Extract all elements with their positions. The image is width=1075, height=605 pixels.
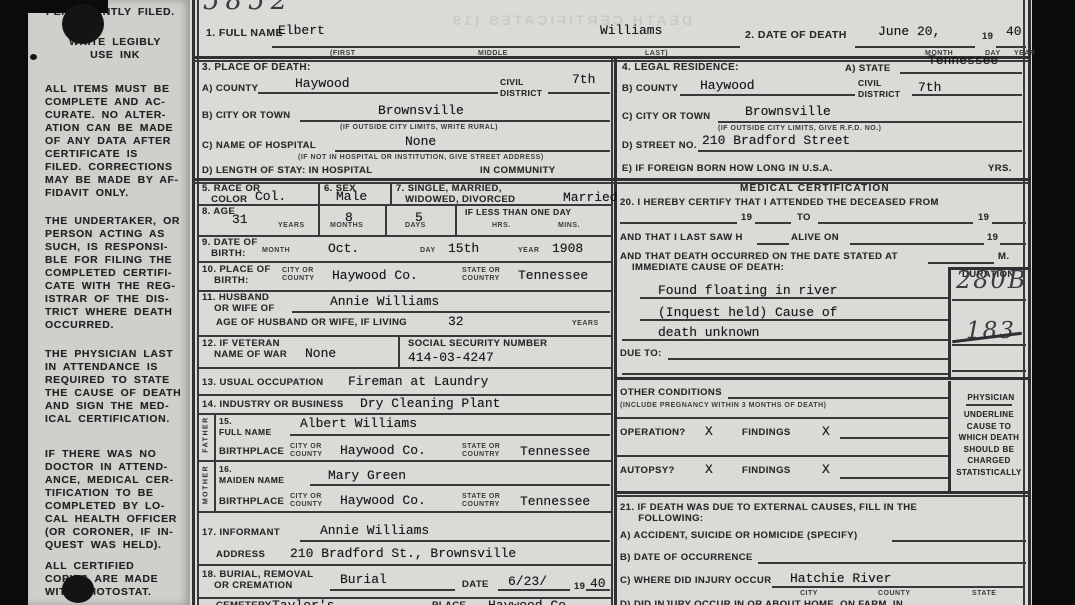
row-divider bbox=[197, 460, 612, 462]
rule bbox=[840, 437, 948, 439]
mother-bp-state-label: STATE OR COUNTRY bbox=[462, 493, 500, 509]
sidebar-note: THE PHYSICIAN LAST IN ATTENDANCE IS REQU… bbox=[45, 348, 190, 426]
pob-state-value: Tennessee bbox=[518, 268, 588, 283]
father-side-label: FATHER bbox=[203, 407, 210, 463]
form-border bbox=[197, 0, 199, 605]
injury-where-value: Hatchie River bbox=[790, 571, 891, 586]
burial-label: 18. BURIAL, REMOVAL OR CREMATION bbox=[202, 570, 313, 591]
row-divider bbox=[197, 235, 612, 237]
rule bbox=[310, 484, 610, 486]
sex-value: Male bbox=[336, 189, 367, 204]
burial-date-value: 6/23/ bbox=[508, 574, 547, 589]
physician-box-border bbox=[948, 381, 951, 491]
res-county-label: B) COUNTY bbox=[622, 84, 678, 95]
rule bbox=[498, 589, 570, 591]
father-bp-state-value: Tennessee bbox=[520, 444, 590, 459]
printed-19: 19 bbox=[982, 32, 993, 43]
mother-birthplace-label: BIRTHPLACE bbox=[219, 497, 284, 508]
cell-divider bbox=[318, 204, 320, 235]
foreign-born-label: E) IF FOREIGN BORN HOW LONG IN U.S.A. bbox=[622, 164, 833, 175]
rule bbox=[680, 94, 855, 96]
rule bbox=[292, 311, 610, 313]
rule bbox=[966, 404, 1012, 406]
injury-sub-city: CITY bbox=[800, 590, 818, 598]
yrs-label: YRS. bbox=[988, 164, 1012, 175]
sidebar-note: THE UNDERTAKER, OR PERSON ACTING AS SUCH… bbox=[45, 215, 190, 332]
certify-19c: 19 bbox=[987, 233, 998, 244]
certify-19a: 19 bbox=[741, 213, 752, 224]
rule bbox=[620, 222, 737, 224]
rule bbox=[300, 540, 610, 542]
rule bbox=[952, 299, 1026, 301]
injury-sub-county: COUNTY bbox=[878, 590, 911, 598]
rule bbox=[758, 562, 1026, 564]
cell-divider bbox=[390, 182, 392, 204]
age-days-value: 5 bbox=[415, 210, 423, 225]
hole-punch-blob-top bbox=[62, 4, 104, 44]
row-divider bbox=[197, 511, 612, 513]
other-conditions-sub: (INCLUDE PREGNANCY WITHIN 3 MONTHS OF DE… bbox=[620, 402, 826, 410]
rule bbox=[622, 373, 948, 375]
marital-label: 7. SINGLE, MARRIED, WIDOWED, DIVORCED bbox=[396, 184, 515, 205]
rule bbox=[330, 589, 455, 591]
rule bbox=[855, 46, 975, 48]
sub-last: LAST) bbox=[645, 50, 668, 58]
row-divider bbox=[197, 367, 612, 369]
city-or-town-label: B) CITY OR TOWN bbox=[202, 111, 291, 122]
pob-label: 10. PLACE OF BIRTH: bbox=[202, 265, 271, 286]
external-causes-title: 21. IF DEATH WAS DUE TO EXTERNAL CAUSES,… bbox=[620, 503, 917, 524]
father-name-value: Albert Williams bbox=[300, 416, 417, 431]
burial-year: 40 bbox=[590, 576, 606, 591]
rule bbox=[928, 262, 994, 264]
rule bbox=[616, 455, 948, 457]
spouse-age-value: 32 bbox=[448, 314, 464, 329]
father-birthplace-label: BIRTHPLACE bbox=[219, 447, 284, 458]
age-label: 8. AGE bbox=[202, 207, 235, 218]
hrs-label: HRS. bbox=[492, 222, 511, 230]
veteran-value: None bbox=[305, 346, 336, 361]
rule bbox=[548, 92, 610, 94]
hospital-value: None bbox=[405, 134, 436, 149]
hospital-sub-label: (IF NOT IN HOSPITAL OR INSTITUTION, GIVE… bbox=[298, 154, 544, 162]
rule bbox=[728, 397, 948, 399]
dob-month-value: Oct. bbox=[328, 241, 359, 256]
hole-punch-blob-bottom bbox=[62, 575, 94, 603]
race-value: Col. bbox=[255, 189, 286, 204]
less-than-day-label: IF LESS THAN ONE DAY bbox=[465, 207, 571, 218]
column-divider bbox=[614, 57, 617, 605]
operation-findings-x: X bbox=[822, 424, 830, 439]
date-of-death-year: 40 bbox=[1006, 24, 1022, 39]
certify-line2: AND THAT I LAST SAW H bbox=[620, 233, 743, 244]
full-name-first-value: Elbert bbox=[278, 23, 325, 38]
injury-where-label: C) WHERE DID INJURY OCCUR bbox=[620, 576, 771, 587]
cell-divider bbox=[398, 335, 400, 367]
sub-middle: MIDDLE bbox=[478, 50, 508, 58]
spouse-age-label: AGE OF HUSBAND OR WIFE, IF LIVING bbox=[216, 318, 407, 329]
mother-bp-city-label: CITY OR COUNTY bbox=[290, 493, 323, 509]
section-divider bbox=[616, 495, 1029, 497]
pob-city-label: CITY OR COUNTY bbox=[282, 267, 315, 283]
section-divider bbox=[192, 178, 1029, 181]
medical-certification-header: MEDICAL CERTIFICATION bbox=[740, 184, 890, 195]
rule bbox=[850, 243, 984, 245]
county-value: Haywood bbox=[295, 76, 350, 91]
rule bbox=[992, 222, 1026, 224]
hospital-label: C) NAME OF HOSPITAL bbox=[202, 141, 316, 152]
res-civil-district-label: CIVIL DISTRICT bbox=[858, 78, 900, 99]
pob-city-value: Haywood Co. bbox=[332, 268, 418, 283]
row-divider bbox=[197, 335, 612, 337]
informant-label: 17. INFORMANT bbox=[202, 528, 280, 539]
industry-label: 14. INDUSTRY OR BUSINESS bbox=[202, 400, 344, 411]
race-label: 5. RACE OR COLOR bbox=[202, 184, 260, 205]
res-city-value: Brownsville bbox=[745, 104, 831, 119]
full-name-label: 1. FULL NAME bbox=[206, 28, 283, 39]
certify-line1: 20. I HEREBY CERTIFY THAT I ATTENDED THE… bbox=[620, 198, 939, 209]
handwritten-file-number: 5852 bbox=[203, 0, 293, 16]
form-border bbox=[1023, 0, 1025, 605]
section-divider bbox=[192, 60, 1029, 62]
father-name-label: 15. FULL NAME bbox=[219, 416, 272, 437]
sidebar-note: IF THERE WAS NO DOCTOR IN ATTEND- ANCE, … bbox=[45, 448, 190, 552]
cell-divider bbox=[318, 182, 320, 204]
place-value: Haywood Co. bbox=[488, 598, 574, 605]
dob-label: 9. DATE OF BIRTH: bbox=[202, 238, 258, 259]
mother-side-label: MOTHER bbox=[203, 457, 210, 513]
dob-day-value: 15th bbox=[448, 241, 479, 256]
spouse-label: 11. HUSBAND OR WIFE OF bbox=[202, 293, 275, 314]
years-unit: YEARS bbox=[278, 222, 305, 230]
sub-first: (FIRST bbox=[330, 50, 356, 58]
rule bbox=[900, 72, 1022, 74]
date-of-death-value: June 20, bbox=[878, 24, 940, 39]
column-divider bbox=[611, 57, 613, 605]
legal-residence-title: 4. LEGAL RESIDENCE: bbox=[622, 63, 739, 74]
ssn-label: SOCIAL SECURITY NUMBER bbox=[408, 339, 547, 350]
street-no-label: D) STREET NO. bbox=[622, 141, 697, 152]
res-city-label: C) CITY OR TOWN bbox=[622, 112, 711, 123]
burial-19: 19 bbox=[574, 582, 585, 593]
father-bp-state-label: STATE OR COUNTRY bbox=[462, 443, 500, 459]
father-bp-city-value: Haywood Co. bbox=[340, 443, 426, 458]
rule bbox=[300, 120, 610, 122]
cemetery-label: CEMETERY bbox=[216, 601, 272, 605]
rule bbox=[718, 121, 1022, 123]
autopsy-x: X bbox=[705, 462, 713, 477]
rule bbox=[668, 358, 948, 360]
date-of-death-label: 2. DATE OF DEATH bbox=[745, 30, 847, 41]
rule bbox=[952, 344, 1026, 346]
row-divider bbox=[197, 261, 612, 263]
rule bbox=[258, 92, 498, 94]
place-label: PLACE bbox=[432, 601, 466, 605]
spouse-value: Annie Williams bbox=[330, 294, 439, 309]
rule bbox=[952, 370, 1026, 372]
form-border bbox=[1028, 0, 1031, 605]
cause-line1: Found floating in river bbox=[658, 283, 837, 298]
autopsy-label: AUTOPSY? bbox=[620, 466, 675, 477]
place-of-death-title: 3. PLACE OF DEATH: bbox=[202, 63, 311, 74]
burial-value: Burial bbox=[340, 572, 387, 587]
rule bbox=[892, 540, 1026, 542]
operation-label: OPERATION? bbox=[620, 428, 686, 439]
section-divider bbox=[192, 56, 1029, 59]
autopsy-findings-label: FINDINGS bbox=[742, 466, 791, 477]
ink-speck bbox=[30, 54, 37, 60]
row-divider bbox=[197, 564, 612, 566]
full-name-last-value: Williams bbox=[600, 23, 662, 38]
physician-note-body: UNDERLINE CAUSE TO WHICH DEATH SHOULD BE… bbox=[952, 409, 1026, 478]
mins-label: MINS. bbox=[558, 222, 580, 230]
father-bp-city-label: CITY OR COUNTY bbox=[290, 443, 323, 459]
state-value: Tennessee bbox=[928, 53, 998, 68]
rule bbox=[818, 222, 973, 224]
informant-address-value: 210 Bradford St., Brownsville bbox=[290, 546, 516, 561]
cause-line2: (Inquest held) Cause of bbox=[658, 305, 837, 320]
dob-day-label: DAY bbox=[420, 247, 436, 255]
certify-m: M. bbox=[998, 252, 1009, 263]
age-years-value: 31 bbox=[232, 212, 248, 227]
res-civil-district-value: 7th bbox=[918, 80, 941, 95]
occupation-label: 13. USUAL OCCUPATION bbox=[202, 378, 324, 389]
dob-month-label: MONTH bbox=[262, 247, 290, 255]
dob-year-label: YEAR bbox=[518, 247, 539, 255]
city-or-town-value: Brownsville bbox=[378, 103, 464, 118]
death-certificate-scan: 5852 DEATH CERTIFICATES (19 PERMANENTLY … bbox=[0, 0, 1075, 605]
occupation-value: Fireman at Laundry bbox=[348, 374, 488, 389]
section-divider bbox=[616, 491, 1029, 494]
veteran-label: 12. IF VETERAN NAME OF WAR bbox=[202, 339, 287, 360]
street-no-value: 210 Bradford Street bbox=[702, 133, 850, 148]
duration-box-border bbox=[948, 267, 951, 378]
rule bbox=[840, 477, 948, 479]
injury-home-label: D) DID INJURY OCCUR IN OR ABOUT HOME, ON… bbox=[620, 600, 903, 605]
state-label: A) STATE bbox=[845, 64, 891, 75]
rule bbox=[616, 417, 948, 419]
duration-handwritten-value: 280B bbox=[956, 266, 1027, 294]
mother-name-label: 16. MAIDEN NAME bbox=[219, 464, 284, 485]
mother-bp-city-value: Haywood Co. bbox=[340, 493, 426, 508]
cause-line3: death unknown bbox=[658, 325, 759, 340]
rule bbox=[698, 150, 1022, 152]
immediate-cause-label: IMMEDIATE CAUSE OF DEATH: bbox=[632, 263, 784, 274]
due-to-label: DUE TO: bbox=[620, 349, 662, 360]
rule bbox=[335, 150, 610, 152]
sidebar-note: ALL ITEMS MUST BE COMPLETE AND AC- CURAT… bbox=[45, 83, 190, 200]
certify-19b: 19 bbox=[978, 213, 989, 224]
rule bbox=[755, 222, 791, 224]
row-divider bbox=[197, 413, 612, 415]
civil-district-value: 7th bbox=[572, 72, 595, 87]
spouse-age-unit: YEARS bbox=[572, 320, 599, 328]
rule bbox=[757, 243, 789, 245]
county-label: A) COUNTY bbox=[202, 84, 258, 95]
certify-alive-on: ALIVE ON bbox=[791, 233, 839, 244]
city-sub-label: (IF OUTSIDE CITY LIMITS, WRITE RURAL) bbox=[340, 124, 498, 132]
operation-findings-label: FINDINGS bbox=[742, 428, 791, 439]
burial-date-label: DATE bbox=[462, 580, 489, 591]
physician-note-title: PHYSICIAN bbox=[958, 393, 1024, 404]
cell-divider bbox=[455, 204, 457, 235]
informant-value: Annie Williams bbox=[320, 523, 429, 538]
ssn-value: 414-03-4247 bbox=[408, 350, 494, 365]
autopsy-findings-x: X bbox=[822, 462, 830, 477]
mother-name-value: Mary Green bbox=[328, 468, 406, 483]
operation-x: X bbox=[705, 424, 713, 439]
cell-divider bbox=[214, 413, 216, 511]
age-months-value: 8 bbox=[345, 210, 353, 225]
accident-label: A) ACCIDENT, SUICIDE OR HOMICIDE (SPECIF… bbox=[620, 531, 858, 542]
sub-year: YEAR bbox=[1014, 50, 1035, 58]
rule bbox=[1000, 243, 1026, 245]
mother-bp-state-value: Tennessee bbox=[520, 494, 590, 509]
rule bbox=[272, 46, 740, 48]
pob-state-label: STATE OR COUNTRY bbox=[462, 267, 500, 283]
cemetery-value: Taylor's bbox=[272, 598, 334, 605]
rule bbox=[290, 434, 610, 436]
rule bbox=[996, 46, 1026, 48]
res-city-sub: (IF OUTSIDE CITY LIMITS, GIVE R.F.D. NO.… bbox=[718, 125, 882, 133]
civil-district-label: CIVIL DISTRICT bbox=[500, 77, 542, 98]
in-community-label: IN COMMUNITY bbox=[480, 166, 556, 177]
length-of-stay-label: D) LENGTH OF STAY: IN HOSPITAL bbox=[202, 166, 373, 177]
other-conditions-label: OTHER CONDITIONS bbox=[620, 388, 722, 399]
form-border bbox=[192, 0, 195, 605]
res-county-value: Haywood bbox=[700, 78, 755, 93]
cell-divider bbox=[385, 204, 387, 235]
industry-value: Dry Cleaning Plant bbox=[360, 396, 500, 411]
occurrence-date-label: B) DATE OF OCCURRENCE bbox=[620, 553, 753, 564]
certify-line3: AND THAT DEATH OCCURRED ON THE DATE STAT… bbox=[620, 252, 898, 263]
informant-address-label: ADDRESS bbox=[216, 550, 265, 561]
dob-year-value: 1908 bbox=[552, 241, 583, 256]
certify-to: TO bbox=[797, 213, 811, 224]
rule bbox=[772, 586, 1024, 588]
section-divider bbox=[616, 377, 1029, 380]
sidebar-note: WRITE LEGIBLY USE INK bbox=[45, 36, 185, 62]
marital-value: Married bbox=[563, 190, 618, 205]
injury-sub-state: STATE bbox=[972, 590, 996, 598]
